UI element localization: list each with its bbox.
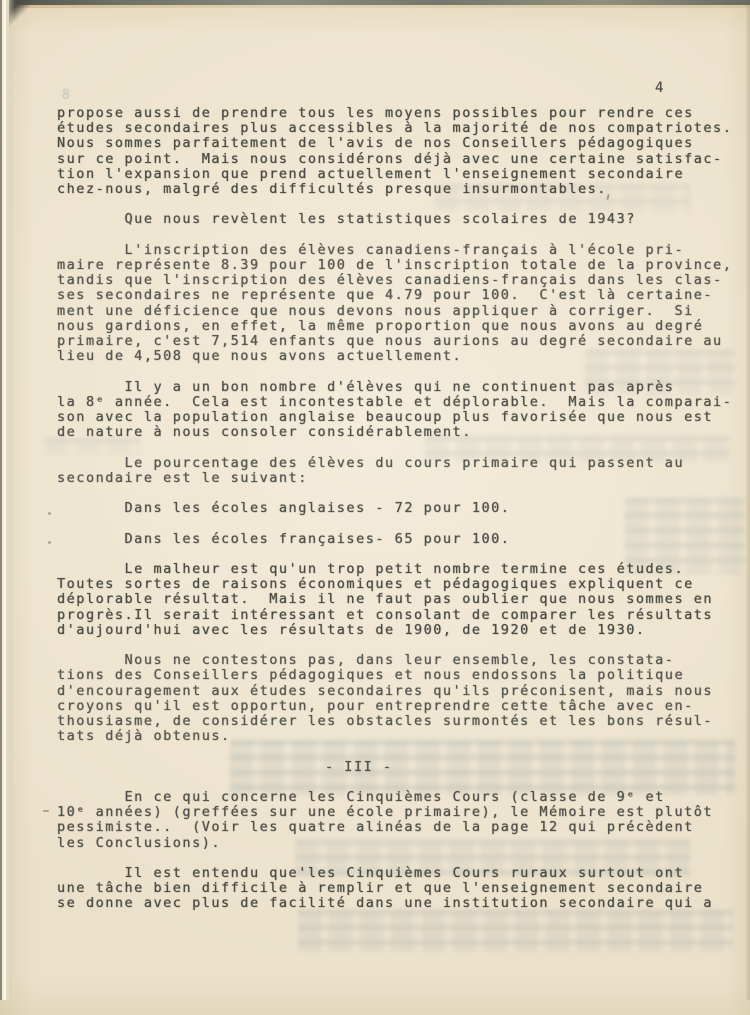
page-stack-edge-left [0, 0, 15, 1000]
paragraph-rural-courses: Il est entendu que'les Cinquièmes Cours … [57, 866, 747, 912]
page-edge-right [745, 5, 750, 1000]
scanned-document: 4 8 propose aussi de prendre tous les mo… [0, 0, 750, 1015]
paragraph-intro: propose aussi de prendre tous les moyens… [57, 106, 747, 197]
list-line-english-schools: Dans les écoles anglaises - 72 pour 100. [57, 501, 747, 516]
paragraph-fifth-courses: En ce qui concerne les Cinquièmes Cours … [57, 790, 747, 851]
section-heading-iii: - III - [57, 760, 747, 775]
paper-speck [48, 512, 51, 515]
paragraph-regret: Le malheur est qu'un trop petit nombre t… [57, 562, 747, 638]
paper-speck [48, 541, 51, 544]
binder-bar-bottom [0, 1000, 750, 1015]
page-number: 4 [655, 80, 664, 96]
paragraph-endorsement: Nous ne contestons pas, dans leur ensemb… [57, 653, 747, 744]
page-edge-highlight [0, 5, 750, 8]
margin-pencil-mark: 8 [62, 88, 70, 103]
document-page: 4 8 propose aussi de prendre tous les mo… [0, 0, 750, 1015]
question-line: Que nous revèlent les statistiques scola… [57, 212, 747, 227]
typewritten-text-column: propose aussi de prendre tous les moyens… [57, 106, 747, 927]
paragraph-comparison: Il y a un bon nombre d'élèves qui ne con… [57, 380, 747, 441]
paragraph-percentage-intro: Le pourcentage des élèves du cours prima… [57, 456, 747, 486]
paper-speck [43, 810, 49, 812]
list-line-french-schools: Dans les écoles françaises- 65 pour 100. [57, 532, 747, 547]
paragraph-statistics: L'inscription des élèves canadiens-franç… [57, 243, 747, 365]
